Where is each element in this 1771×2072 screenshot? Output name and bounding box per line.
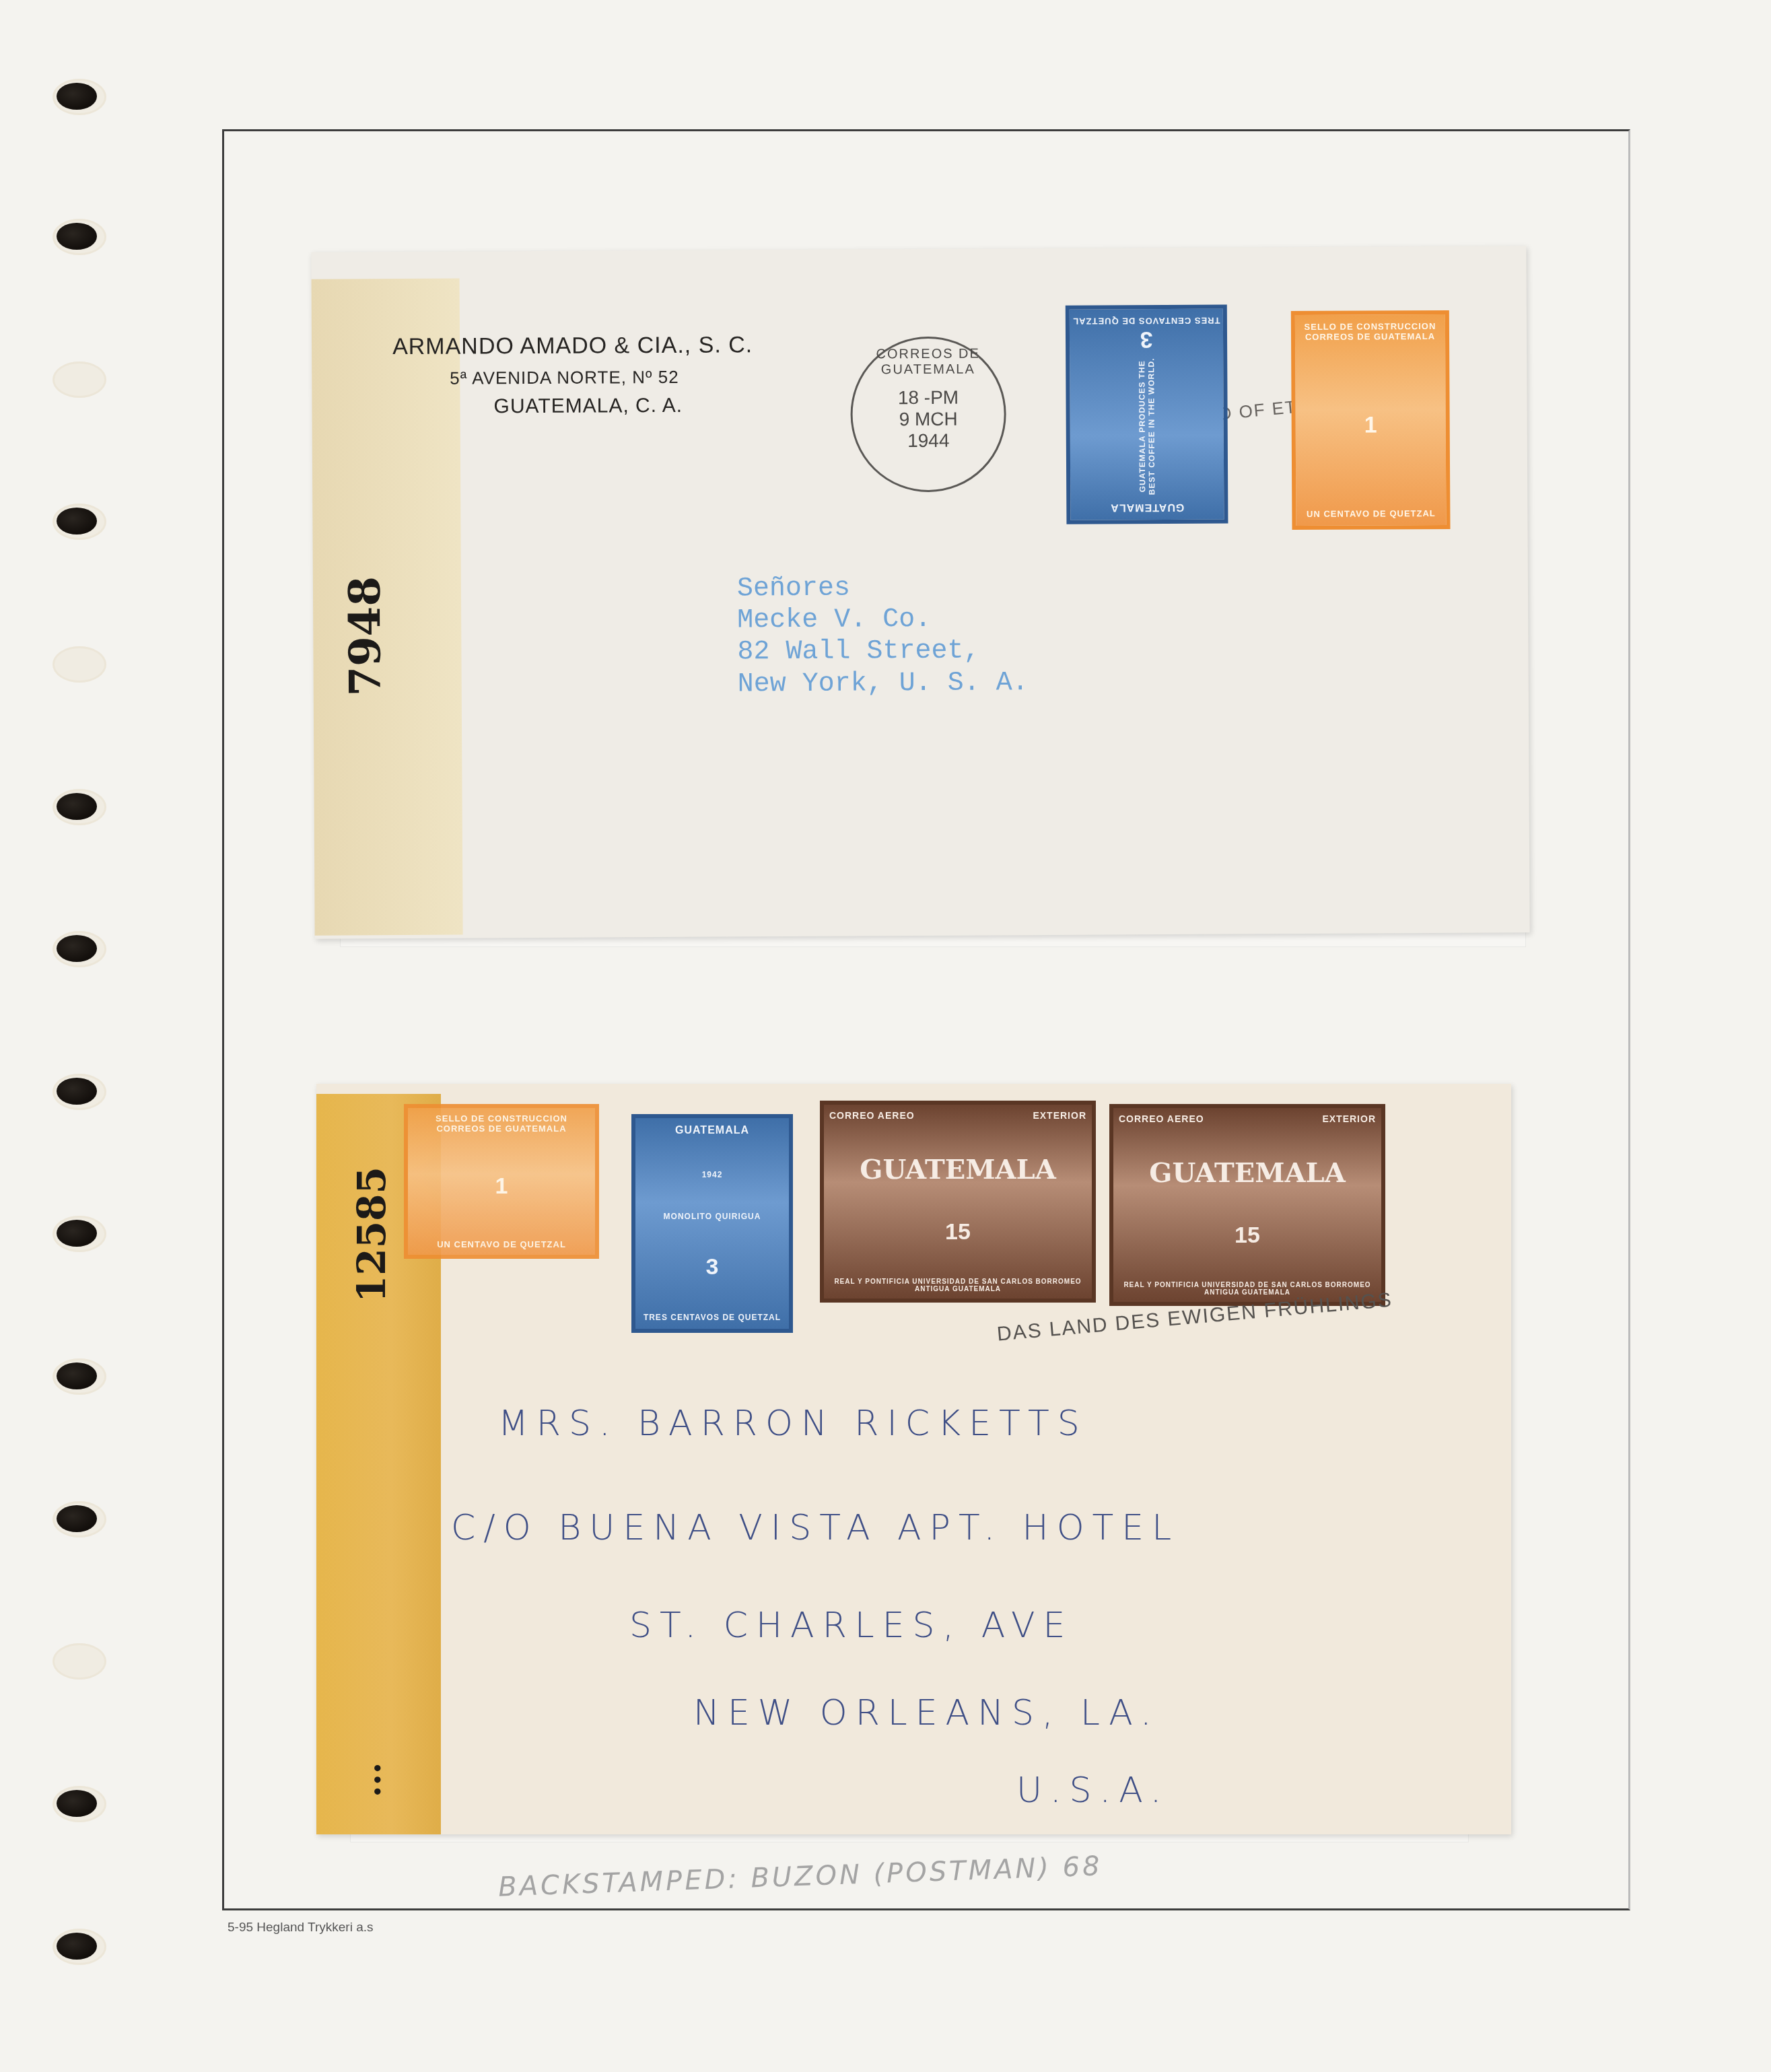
stamp-15c-airmail: CORREO AEREOEXTERIOR GUATEMALA 15 REAL Y… xyxy=(1109,1104,1385,1306)
handwritten-addressee-line: C/O BUENA VISTA APT. HOTEL xyxy=(451,1508,1179,1548)
postmark-date: 9 MCH xyxy=(853,408,1004,430)
typed-addressee: Señores Mecke V. Co. 82 Wall Street, New… xyxy=(737,572,1029,700)
stamp-1c-construction: SELLO DE CONSTRUCCION CORREOS DE GUATEMA… xyxy=(404,1104,599,1259)
binder-hole xyxy=(53,79,106,115)
stamp-1c-construction: SELLO DE CONSTRUCCION CORREOS DE GUATEMA… xyxy=(1291,310,1451,530)
handwritten-addressee-line: ST. CHARLES, AVE xyxy=(629,1605,1073,1646)
censor-number: 12585 xyxy=(349,1167,394,1303)
sender-street: 5ª AVENIDA NORTE, Nº 52 xyxy=(450,363,753,392)
binder-hole xyxy=(53,1929,106,1965)
censor-number-lower: ... xyxy=(349,1762,388,1797)
handwritten-addressee-line: U.S.A. xyxy=(1016,1770,1169,1811)
cover-bottom: 12585 ... SELLO DE CONSTRUCCION CORREOS … xyxy=(316,1084,1511,1834)
sender-name: ARMANDO AMADO & CIA., S. C. xyxy=(392,327,753,364)
binder-hole xyxy=(53,361,106,398)
handwritten-addressee-line: NEW ORLEANS, LA. xyxy=(693,1693,1159,1733)
binder-hole xyxy=(53,789,106,825)
binder-hole xyxy=(53,219,106,255)
binder-hole xyxy=(53,1358,106,1395)
binder-hole xyxy=(53,1074,106,1110)
sender-address: ARMANDO AMADO & CIA., S. C. 5ª AVENIDA N… xyxy=(392,327,753,423)
binder-hole xyxy=(53,1216,106,1252)
cover-top: 7948 ARMANDO AMADO & CIA., S. C. 5ª AVEN… xyxy=(311,246,1529,938)
binder-hole xyxy=(53,1643,106,1680)
handwritten-addressee-line: MRS. BARRON RICKETTS xyxy=(498,1404,1088,1444)
postmark-time: 18 -PM xyxy=(852,386,1004,409)
printer-imprint: 5-95 Hegland Trykkeri a.s xyxy=(228,1921,374,1935)
stamp-15c-airmail: CORREO AEREOEXTERIOR GUATEMALA 15 REAL Y… xyxy=(820,1101,1096,1303)
stamp-3c-quirigua: GUATEMALA GUATEMALA PRODUCES THE BEST CO… xyxy=(1066,305,1228,524)
binder-hole xyxy=(53,504,106,540)
binder-hole xyxy=(53,931,106,967)
postmark-ring-text: CORREOS DE GUATEMALA xyxy=(852,346,1004,378)
censor-number: 7948 xyxy=(340,576,391,697)
postmark-year: 1944 xyxy=(853,429,1004,452)
sender-city: GUATEMALA, C. A. xyxy=(493,390,753,423)
binder-hole xyxy=(53,646,106,683)
circular-postmark: CORREOS DE GUATEMALA 18 -PM 9 MCH 1944 xyxy=(850,336,1006,492)
binder-hole xyxy=(53,1501,106,1538)
binder-hole xyxy=(53,1786,106,1822)
stamp-3c-quirigua: GUATEMALA 1942 MONOLITO QUIRIGUA 3 TRES … xyxy=(631,1114,793,1333)
